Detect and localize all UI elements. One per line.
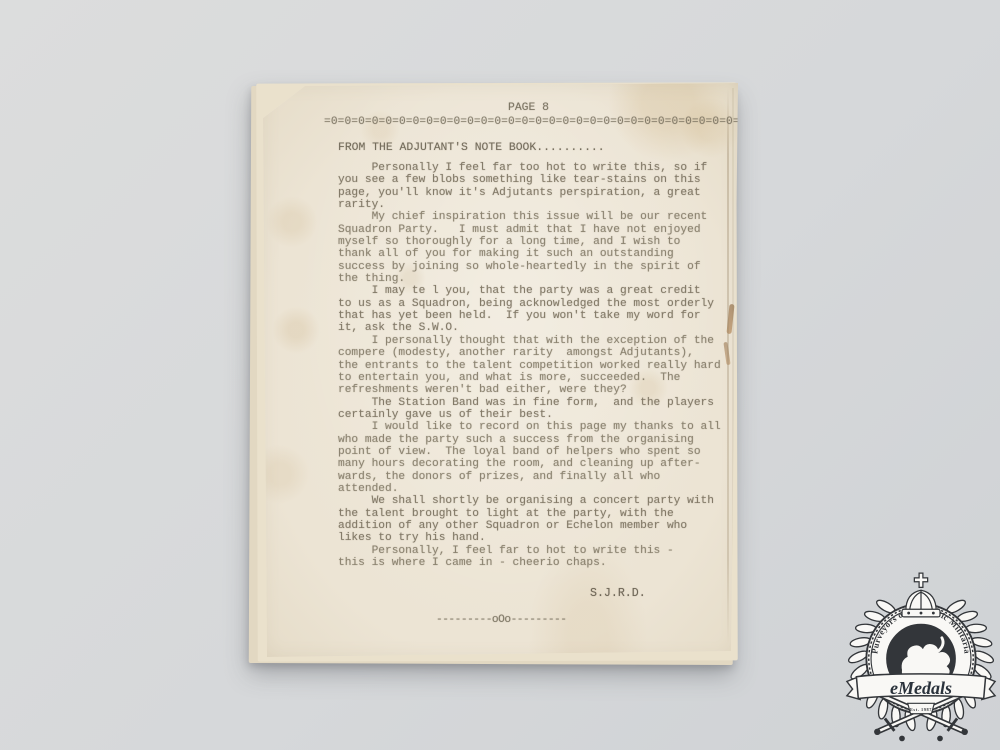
typed-line: to entertain you, and what is more, succ… (338, 372, 721, 384)
typed-line: I may te l you, that the party was a gre… (338, 285, 721, 297)
typed-line: My chief inspiration this issue will be … (338, 211, 721, 223)
typed-line: the talent brought to light at the party… (338, 508, 721, 520)
typed-line: The Station Band was in fine form, and t… (338, 397, 721, 409)
typed-line: this is where I came in - cheerio chaps. (338, 557, 721, 569)
typed-line: it, ask the S.W.O. (338, 322, 721, 334)
typed-line: point of view. The loyal band of helpers… (338, 446, 721, 458)
typed-line: that has yet been held. If you won't tak… (338, 310, 721, 322)
typed-line: attended. (338, 483, 721, 495)
document-paper: PAGE 8 =0=0=0=0=0=0=0=0=0=0=0=0=0=0=0=0=… (258, 80, 742, 662)
emedals-watermark-seal: Purveyors of Authentic Militaria (845, 571, 997, 750)
paragraph: I would like to record on this page my t… (338, 421, 721, 495)
closing-divider: ---------oOo--------- (436, 614, 567, 626)
typed-line: I personally thought that with the excep… (338, 335, 721, 347)
typed-line: you see a few blobs something like tear-… (338, 174, 721, 186)
typed-line: rarity. (338, 199, 721, 211)
typed-divider: =0=0=0=0=0=0=0=0=0=0=0=0=0=0=0=0=0=0=0=0… (324, 116, 746, 128)
typed-line: the thing. (338, 273, 721, 285)
typed-line: refreshments weren't bad either, were th… (338, 384, 721, 396)
paragraph: Personally, I feel far to hot to write t… (338, 545, 721, 570)
document-heading: FROM THE ADJUTANT'S NOTE BOOK.......... (338, 142, 605, 154)
typed-line: We shall shortly be organising a concert… (338, 495, 721, 507)
vertical-crease (727, 88, 729, 644)
typed-line: the entrants to the talent competition w… (338, 360, 721, 372)
typed-line: many hours decorating the room, and clea… (338, 458, 721, 470)
typed-line: Personally, I feel far to hot to write t… (338, 545, 721, 557)
seal-established-text: Est. 1987 (910, 707, 932, 712)
typed-line: Squadron Party. I must admit that I have… (338, 224, 721, 236)
paragraph: Personally I feel far too hot to write t… (338, 162, 721, 211)
typed-line: likes to try his hand. (338, 532, 721, 544)
typed-line: page, you'll know it's Adjutants perspir… (338, 187, 721, 199)
signature: S.J.R.D. (590, 587, 646, 600)
seal-crown-icon (902, 573, 940, 617)
typed-line: myself so thoroughly for a long time, an… (338, 236, 721, 248)
paragraph: My chief inspiration this issue will be … (338, 211, 721, 285)
typed-line: certainly gave us of their best. (338, 409, 721, 421)
photo-backdrop: PAGE 8 =0=0=0=0=0=0=0=0=0=0=0=0=0=0=0=0=… (0, 0, 1000, 750)
typed-line: addition of any other Squadron or Echelo… (338, 520, 721, 532)
typed-line: thank all of you for making it such an o… (338, 248, 721, 260)
paragraph: I personally thought that with the excep… (338, 335, 721, 397)
paragraph: I may te l you, that the party was a gre… (338, 285, 721, 334)
page-number: PAGE 8 (508, 102, 549, 114)
paragraph: We shall shortly be organising a concert… (338, 495, 721, 544)
typed-line: I would like to record on this page my t… (338, 421, 721, 433)
typed-line: to us as a Squadron, being acknowledged … (338, 298, 721, 310)
document-body: Personally I feel far too hot to write t… (338, 162, 721, 569)
typed-line: who made the party such a success from t… (338, 434, 721, 446)
seal-brand-text: eMedals (890, 678, 952, 698)
paragraph: The Station Band was in fine form, and t… (338, 397, 721, 422)
typed-line: wards, the donors of prizes, and finally… (338, 471, 721, 483)
typed-line: Personally I feel far too hot to write t… (338, 162, 721, 174)
typed-line: compere (modesty, another rarity amongst… (338, 347, 721, 359)
typed-line: success by joining so whole-heartedly in… (338, 261, 721, 273)
